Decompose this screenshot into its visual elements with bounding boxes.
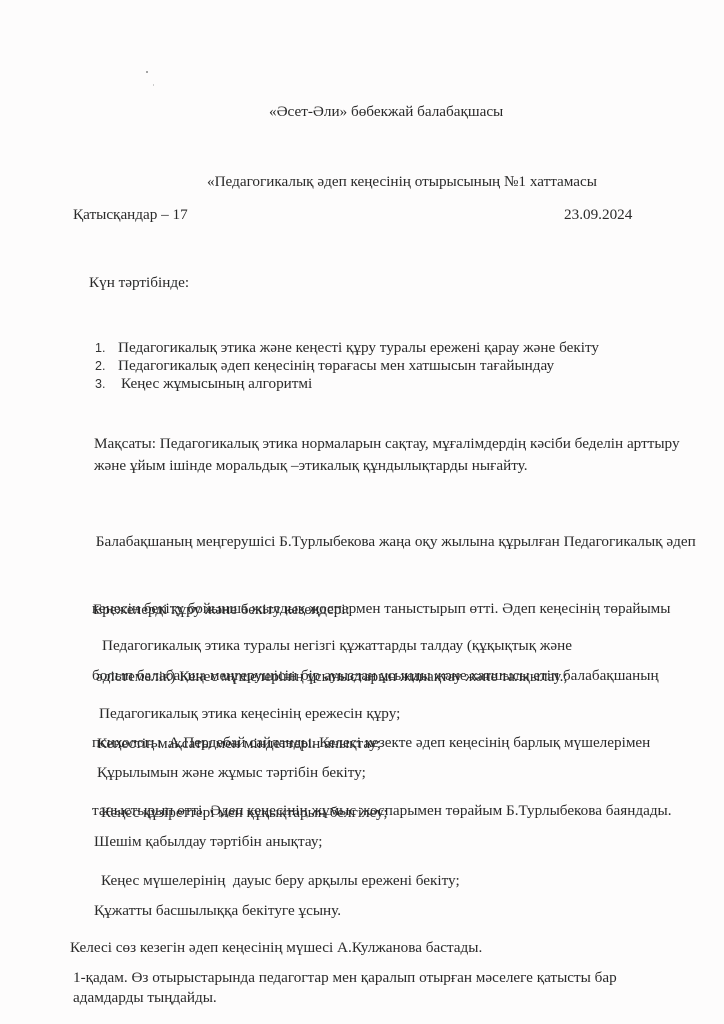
document-page: «Әсет-Әли» бөбекжай балабақшасы «Педагог… bbox=[0, 0, 724, 1024]
goal-paragraph: Мақсаты: Педагогикалық этика нормаларын … bbox=[94, 433, 680, 478]
goal-line: Мақсаты: Педагогикалық этика нормаларын … bbox=[94, 433, 680, 455]
stage-item: Педагогикалық этика кеңесінің ережесін қ… bbox=[99, 706, 400, 721]
organization-name: «Әсет-Әли» бөбекжай балабақшасы bbox=[269, 104, 503, 119]
agenda-item-text: Педагогикалық әдеп кеңесінің төрағасы ме… bbox=[118, 357, 554, 375]
meeting-date: 23.09.2024 bbox=[564, 207, 632, 222]
stage-item: Педагогикалық этика туралы негізгі құжат… bbox=[102, 638, 572, 653]
step1-paragraph: 1-қадам. Өз отырыстарында педагогтар мен… bbox=[73, 968, 617, 1008]
scan-speck bbox=[153, 84, 154, 86]
stage-item: Шешім қабылдау тәртібін анықтау; bbox=[94, 834, 322, 849]
stage-item: Кеңес құзіреттері мен құқықтарын белгіле… bbox=[101, 805, 388, 820]
stages-heading: Ережелерді құру және бекіту кезеңдері: bbox=[93, 602, 350, 617]
scan-speck bbox=[146, 71, 148, 73]
stage-item: Кеңестің мақсаты мен міндеттерін анықтау… bbox=[97, 736, 381, 751]
stage-item: Құжатты басшылыққа бекітуге ұсыну. bbox=[94, 903, 341, 918]
agenda-item-text: Кеңес жұмысының алгоритмі bbox=[121, 375, 312, 393]
participants-count: Қатысқандар – 17 bbox=[73, 207, 188, 222]
step1-line: адамдарды тыңдайды. bbox=[73, 988, 617, 1008]
agenda-item-number: 1. bbox=[95, 339, 115, 357]
stage-item: әдістемелік) Кеңес мүшелерінің ұсыныстар… bbox=[96, 669, 568, 684]
step1-line: 1-қадам. Өз отырыстарында педагогтар мен… bbox=[73, 968, 617, 988]
next-speaker: Келесі сөз кезегін әдеп кеңесінің мүшесі… bbox=[70, 940, 482, 955]
stage-item: Кеңес мүшелерінің дауыс беру арқылы ереж… bbox=[101, 873, 460, 888]
agenda-heading: Күн тәртібінде: bbox=[89, 275, 189, 290]
agenda-item-number: 2. bbox=[95, 357, 115, 375]
agenda-item-text: Педагогикалық этика және кеңесті құру ту… bbox=[118, 339, 599, 357]
goal-line: және ұйым ішінде моральдық –этикалық құн… bbox=[94, 455, 680, 477]
agenda-item-number: 3. bbox=[95, 375, 115, 393]
stage-item: Құрылымын және жұмыс тәртібін бекіту; bbox=[97, 765, 366, 780]
report-line: Балабақшаның меңгерушісі Б.Турлыбекова ж… bbox=[92, 531, 696, 553]
document-title: «Педагогикалық әдеп кеңесінің отырысының… bbox=[207, 174, 597, 189]
